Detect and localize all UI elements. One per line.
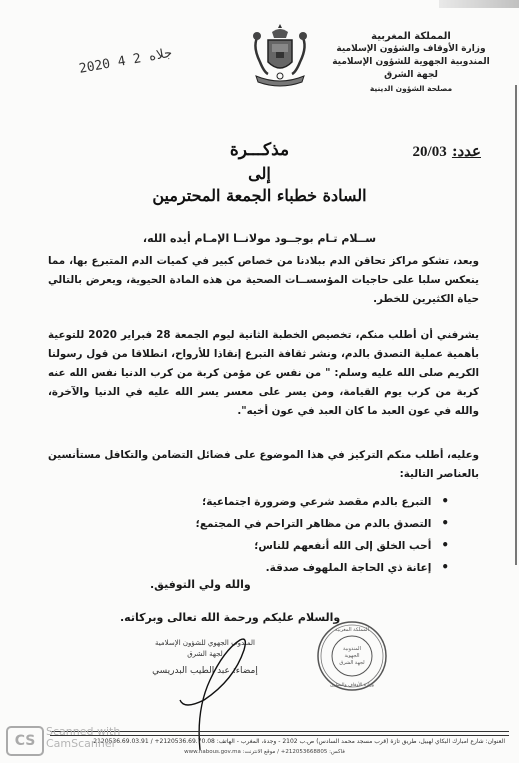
footer-address: العنوان: شارع امبارك البكاي لهبيل، طريق … — [70, 738, 505, 745]
footer-contact: فاكس: 212053668805+ / موقع الانترنت: www… — [140, 749, 389, 755]
svg-text:المملكة المغربية: المملكة المغربية — [335, 627, 369, 633]
memo-title: مذكـــرة — [0, 140, 519, 160]
svg-text:وزارة الأوقاف والشؤون: وزارة الأوقاف والشؤون — [330, 681, 374, 688]
list-item: أحب الخلق إلى الله أنفعهم للناس؛ — [196, 534, 449, 556]
paragraph: وعليه، أطلب منكم التركيز في هذا الموضوع … — [48, 446, 479, 484]
svg-text:الجهوية: الجهوية — [344, 653, 359, 659]
closing-line: والسلام عليكم ورحمة الله تعالى وبركاته. — [120, 611, 340, 624]
recipients-title: السادة خطباء الجمعة المحترمين — [0, 186, 519, 205]
received-date-stamp: 2020 جلاه 2 4 — [78, 46, 173, 77]
document-page: المملكة المغربية وزارة الأوقاف والشؤون ا… — [0, 0, 519, 763]
list-item: التصدق بالدم من مظاهر التراحم في المجتمع… — [196, 512, 449, 534]
paragraph: وبعد، تشكو مراكز تحاقن الدم ببلادنا من خ… — [48, 252, 479, 309]
camscanner-logo-icon: CS — [6, 726, 44, 756]
paragraph: يشرفني أن أطلب منكم، تخصيص الخطبة الثاني… — [48, 326, 479, 421]
watermark-line: CamScanner — [46, 738, 120, 750]
header-line: المملكة المغربية — [331, 30, 491, 43]
official-seal-icon: المندوبية الجهوية لجهة الشرق المملكة الم… — [316, 620, 388, 692]
salutation: ســلام تـام بوجــود مولانــا الإمـام أيد… — [0, 232, 519, 245]
svg-text:لجهة الشرق: لجهة الشرق — [339, 660, 365, 666]
closing-line: والله ولي التوفيق. — [150, 578, 251, 591]
list-item: إعانة ذي الحاجة الملهوف صدقة. — [196, 556, 449, 578]
to-label: إلى — [0, 164, 519, 183]
list-item: التبرع بالدم مقصد شرعي وضرورة اجتماعية؛ — [196, 490, 449, 512]
ministry-header: المملكة المغربية وزارة الأوقاف والشؤون ا… — [331, 30, 491, 95]
header-line: مصلحة الشؤون الدينية — [331, 82, 491, 95]
header-line: المندوبية الجهوية للشؤون الإسلامية — [331, 56, 491, 69]
svg-text:المندوبية: المندوبية — [343, 646, 361, 652]
header-line: وزارة الأوقاف والشؤون الإسلامية — [331, 43, 491, 56]
scan-edge-artifact — [439, 0, 519, 8]
header-line: لجهة الشرق — [331, 69, 491, 82]
bullet-list: التبرع بالدم مقصد شرعي وضرورة اجتماعية؛ … — [196, 490, 449, 578]
morocco-coat-of-arms-icon — [248, 22, 312, 88]
scanner-watermark: Scanned with CamScanner — [46, 726, 120, 750]
